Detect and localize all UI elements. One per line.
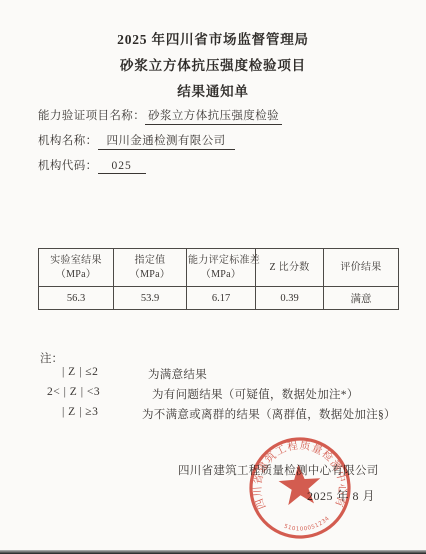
scan-page-edge xyxy=(0,550,426,554)
field-project-value: 砂浆立方体抗压强度检验 xyxy=(145,107,282,125)
cell-lab-result: 56.3 xyxy=(39,287,114,310)
document-title-line1: 2025 年四川省市场监督管理局 xyxy=(0,28,426,48)
header-assigned-value: 指定值 （MPa） xyxy=(114,249,187,287)
field-org-code-value: 025 xyxy=(98,160,146,174)
official-seal: 四川省建筑工程质量检测中心有限公司 5101000512349 xyxy=(241,429,358,546)
cell-evaluation: 满意 xyxy=(324,287,399,310)
field-org-name-label: 机构名称： xyxy=(38,135,98,147)
note-unsatisfactory-description: 为不满意或离群的结果（离群值，数据处加注§） xyxy=(142,406,396,422)
notes-label: 注： xyxy=(40,350,63,366)
note-unsatisfactory: | Z | ≥3 为不满意或离群的结果（离群值，数据处加注§） xyxy=(0,406,426,422)
header-evaluation: 评价结果 xyxy=(324,249,399,287)
header-lab-result: 实验室结果 （MPa） xyxy=(39,249,114,287)
document-page: 2025 年四川省市场监督管理局 砂浆立方体抗压强度检验项目 结果通知单 能力验… xyxy=(0,0,426,554)
header-std-deviation: 能力评定标准差 （MPa） xyxy=(187,249,256,287)
field-org-name-value: 四川金通检测有限公司 xyxy=(98,132,235,150)
result-table-value-row: 56.3 53.9 6.17 0.39 满意 xyxy=(39,287,399,310)
header-z-score: Z 比分数 xyxy=(256,249,324,287)
field-org-name: 机构名称：四川金通检测有限公司 xyxy=(38,132,235,150)
field-org-code-label: 机构代码： xyxy=(38,160,98,172)
seal-star-icon xyxy=(278,463,322,506)
note-satisfactory-condition: | Z | ≤2 xyxy=(62,366,98,378)
cell-std-deviation: 6.17 xyxy=(187,287,256,310)
result-table-header-row: 实验室结果 （MPa） 指定值 （MPa） 能力评定标准差 （MPa） Z 比分… xyxy=(39,249,399,287)
document-title-line3: 结果通知单 xyxy=(0,80,426,100)
result-table: 实验室结果 （MPa） 指定值 （MPa） 能力评定标准差 （MPa） Z 比分… xyxy=(38,248,399,310)
field-project: 能力验证项目名称：砂浆立方体抗压强度检验 xyxy=(38,107,282,125)
document-title-line2: 砂浆立方体抗压强度检验项目 xyxy=(0,54,426,74)
note-unsatisfactory-condition: | Z | ≥3 xyxy=(62,406,98,418)
note-questionable-condition: 2< | Z | <3 xyxy=(47,386,100,398)
note-satisfactory-description: 为满意结果 xyxy=(148,366,207,382)
note-questionable-description: 为有问题结果（可疑值，数据处加注*） xyxy=(152,386,359,402)
note-questionable: 2< | Z | <3 为有问题结果（可疑值，数据处加注*） xyxy=(0,386,426,402)
note-satisfactory: | Z | ≤2 为满意结果 xyxy=(0,366,426,382)
cell-z-score: 0.39 xyxy=(256,287,324,310)
field-org-code: 机构代码：025 xyxy=(38,157,146,174)
field-project-label: 能力验证项目名称： xyxy=(38,110,145,122)
cell-assigned-value: 53.9 xyxy=(114,287,187,310)
